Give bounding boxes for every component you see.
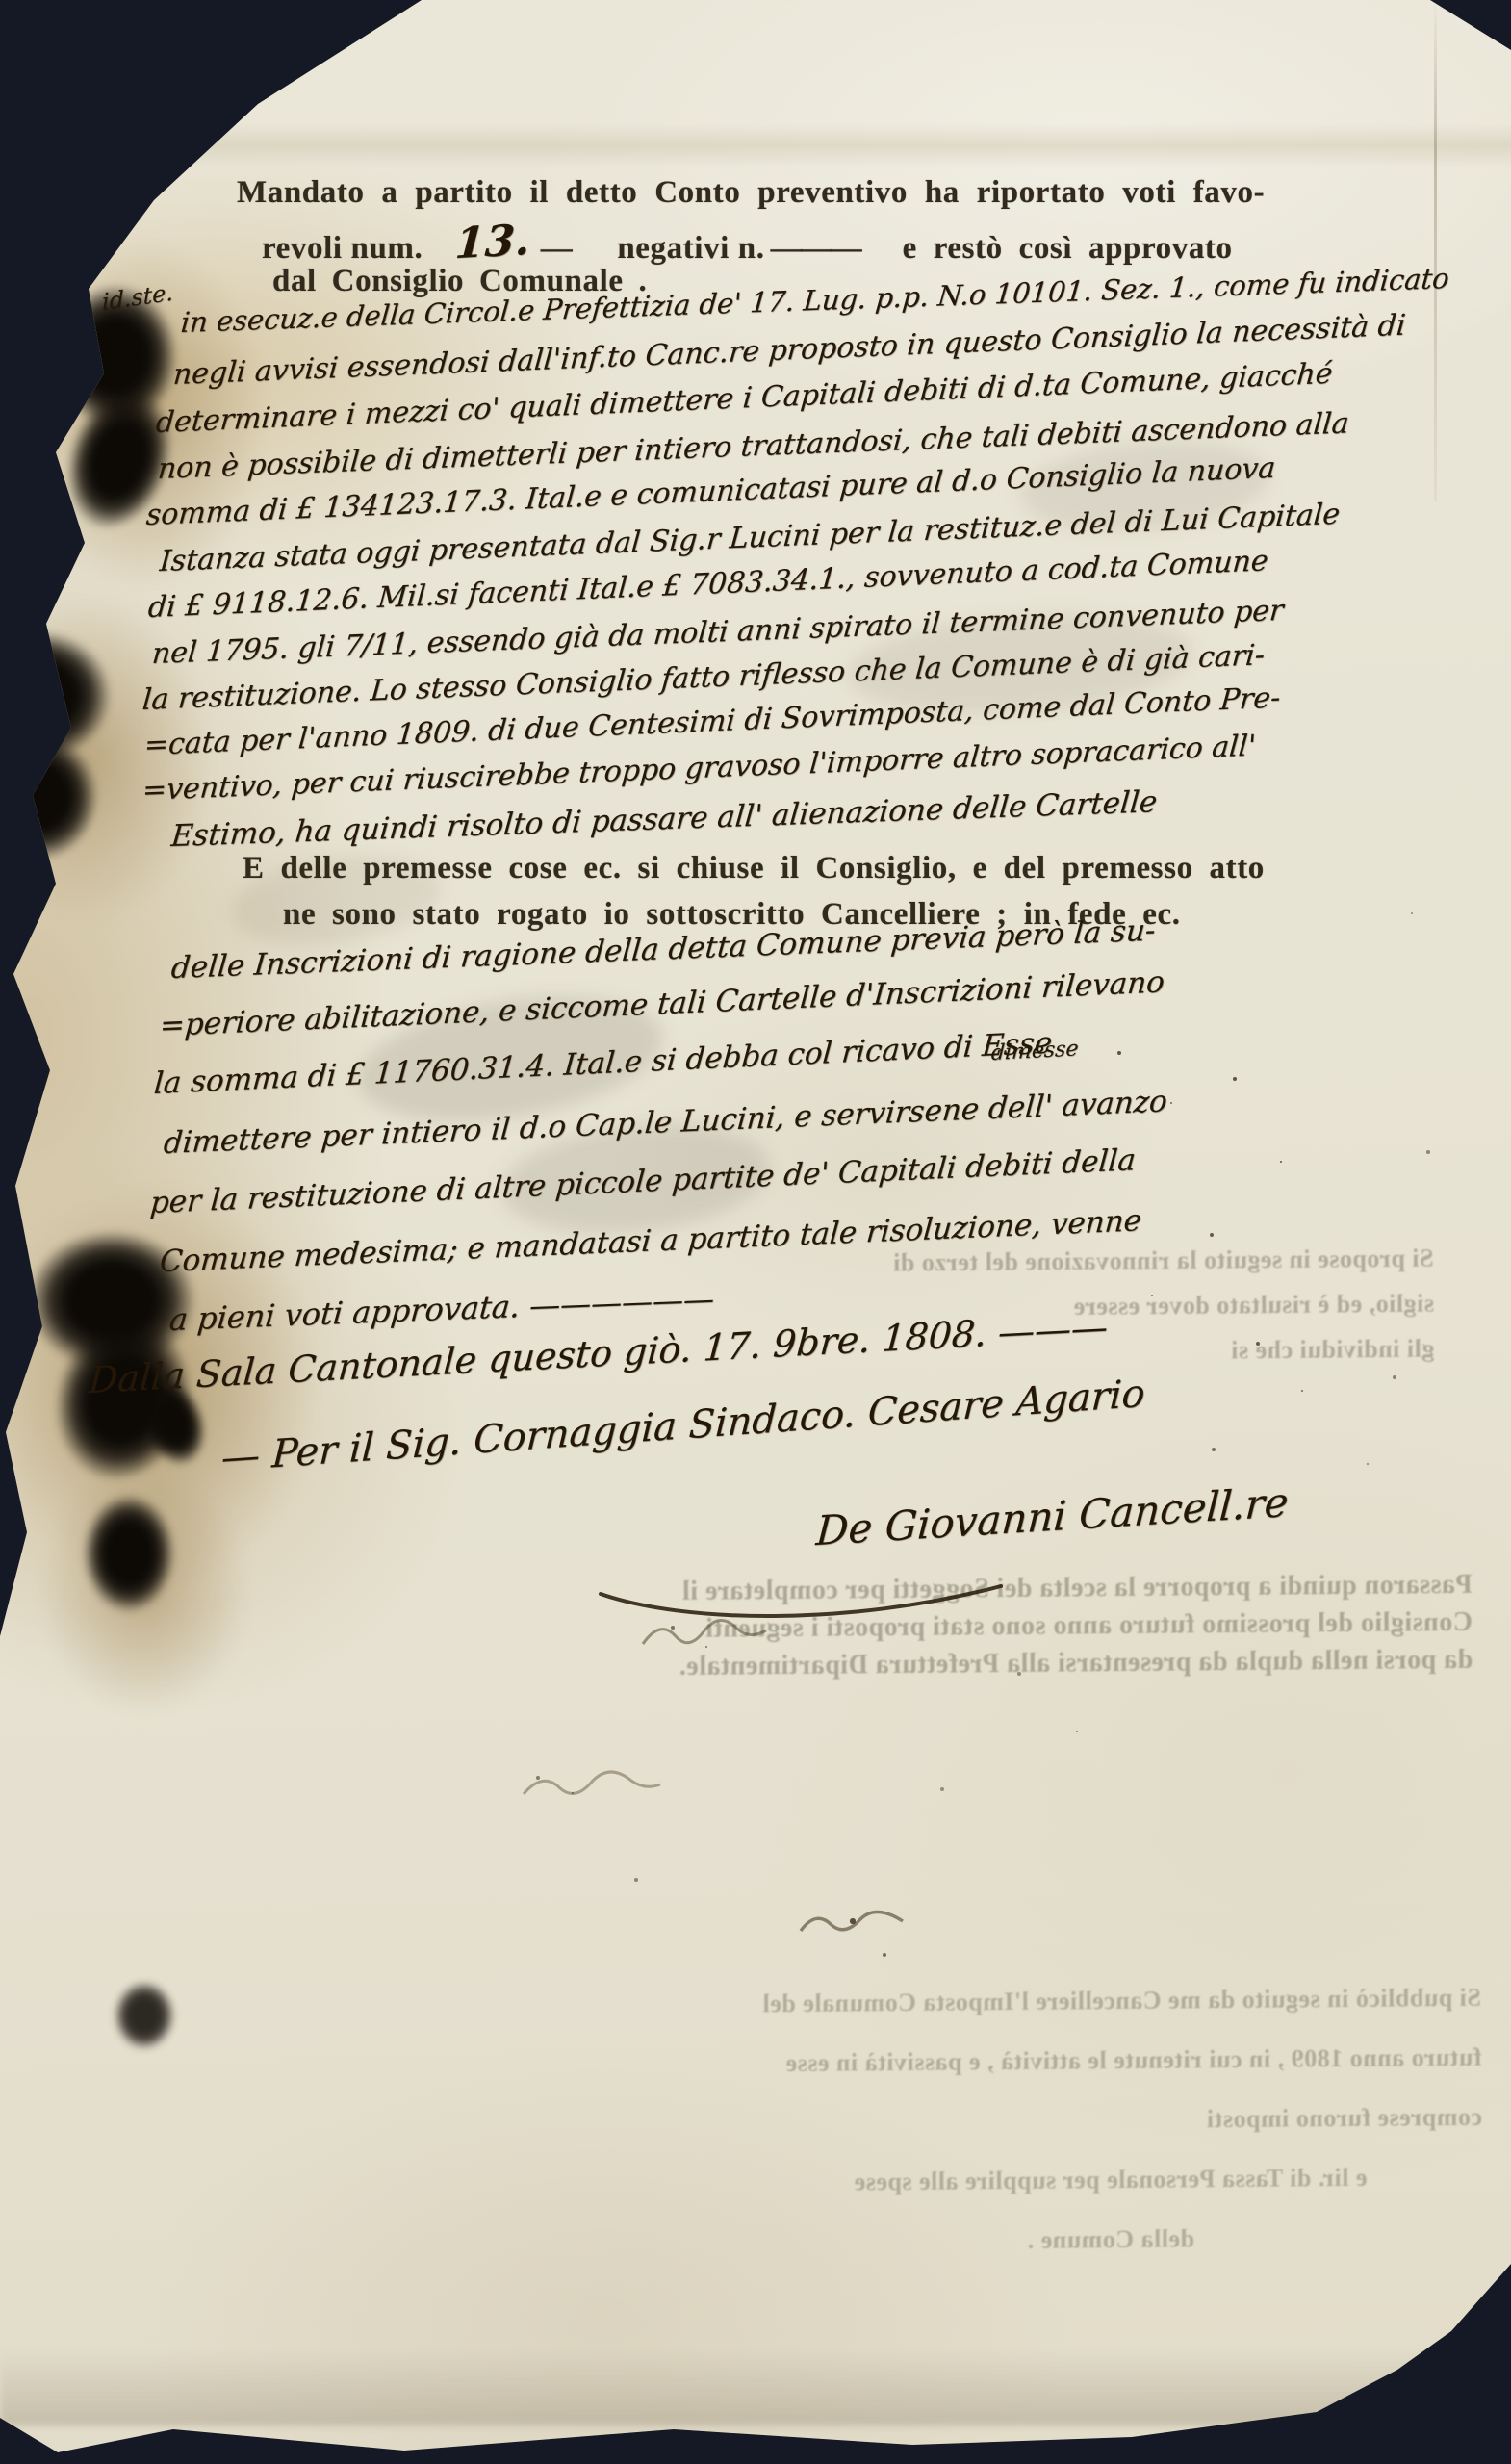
faint-scribble (637, 1605, 772, 1663)
fold-shading-top (0, 123, 1511, 167)
printed-text: revoli num. (262, 231, 423, 267)
bleedthrough-line: futuro anno 1809 , in cui ritenute le at… (755, 2028, 1482, 2094)
bleedthrough-tax-block: Si pubblicò in seguito da me Cancelliere… (755, 1968, 1484, 2273)
photograph-of-document: { "page": { "background_color": "#151925… (0, 0, 1511, 2464)
bleedthrough-line: Si pubblicò in seguito da me Cancelliere… (755, 1968, 1482, 2035)
printed-header-line-2: revoli num. 13. — negativi n. ——— e rest… (262, 219, 1233, 269)
bleedthrough-line: e lir. di Tassa Personale per supplire a… (755, 2147, 1483, 2214)
printed-text: negativi n. (617, 231, 764, 267)
signature-sindaco: — Per il Sig. Cornaggia Sindaco. Cesare … (220, 1372, 1146, 1480)
bleedthrough-line: comprese furono imposti (755, 2088, 1483, 2154)
printed-dash: — (541, 231, 574, 267)
printed-closing-line-1: E delle premesse cose ec. si chiuse il C… (243, 851, 1265, 886)
printed-header-line-1: Mandato a partito il detto Conto prevent… (237, 175, 1265, 211)
printed-dash: ——— (771, 231, 860, 267)
handwritten-vote-count: 13. (454, 216, 533, 269)
dark-stain-blob (114, 1981, 175, 2050)
ink-speckles (0, 0, 2, 2)
bleedthrough-line: della Comune . (756, 2207, 1484, 2273)
aged-paper-sheet: Si propose in seguito la rinnovazione de… (0, 0, 1511, 2464)
faint-scribble (795, 1898, 910, 1948)
printed-text: e restò così approvato (903, 231, 1233, 267)
vertical-fold-crease (1434, 0, 1437, 500)
faint-scribble (520, 1759, 664, 1813)
signature-cancelliere: De Giovanni Cancell.re (814, 1478, 1290, 1554)
bottom-edge-shading (0, 2348, 1511, 2425)
